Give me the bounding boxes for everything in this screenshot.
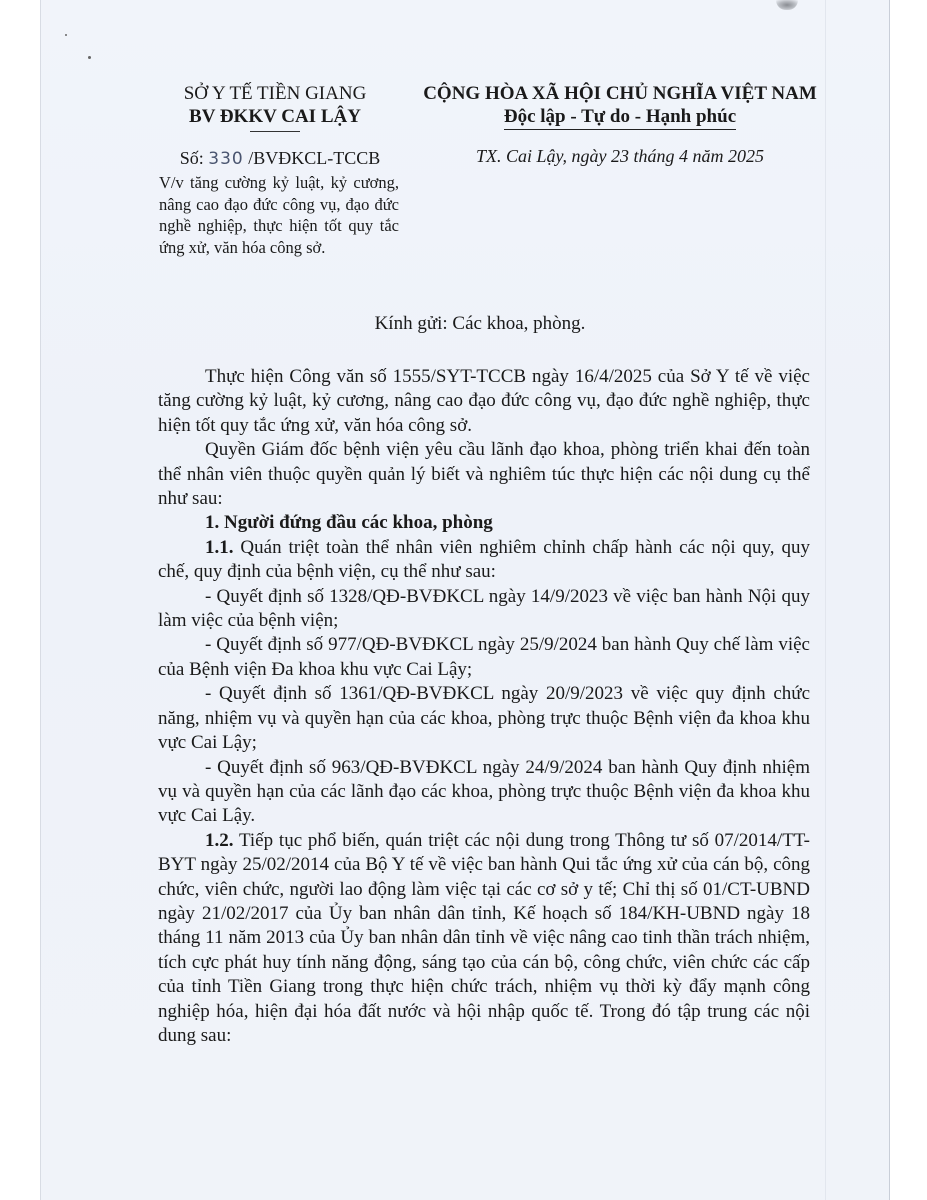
- decision-item: - Quyết định số 963/QĐ-BVĐKCL ngày 24/9/…: [158, 756, 810, 829]
- section-1-heading: 1. Người đứng đầu các khoa, phòng: [158, 511, 810, 535]
- document-number-prefix: Số:: [180, 148, 204, 168]
- item-1-1-label: 1.1.: [205, 537, 234, 558]
- scan-speck: [88, 56, 91, 59]
- document-number-handwritten: 330: [208, 149, 243, 169]
- recipient-line: Kính gửi: Các khoa, phòng.: [150, 312, 810, 336]
- item-1-2-label: 1.2.: [205, 830, 234, 851]
- item-1-1: 1.1. Quán triệt toàn thể nhân viên nghiê…: [158, 536, 810, 585]
- parent-organization: SỞ Y TẾ TIỀN GIANG: [150, 82, 400, 105]
- national-motto: Độc lập - Tự do - Hạnh phúc: [504, 105, 736, 130]
- place-and-date: TX. Cai Lậy, ngày 23 tháng 4 năm 2025: [400, 145, 840, 167]
- document-number: Số: 330 /BVĐKCL-TCCB: [160, 147, 400, 170]
- item-1-2: 1.2. Tiếp tục phổ biến, quán triệt các n…: [158, 829, 810, 1049]
- document-subject: V/v tăng cường kỷ luật, kỷ cương, nâng c…: [159, 172, 399, 258]
- scan-smudge: [776, 0, 798, 10]
- issuing-unit: BV ĐKKV CAI LẬY: [150, 105, 400, 128]
- header-underline: [250, 131, 300, 132]
- decision-item: - Quyết định số 1361/QĐ-BVĐKCL ngày 20/9…: [158, 682, 810, 755]
- national-title: CỘNG HÒA XÃ HỘI CHỦ NGHĨA VIỆT NAM: [400, 82, 840, 105]
- item-1-1-text: Quán triệt toàn thể nhân viên nghiêm chỉ…: [158, 537, 810, 582]
- intro-paragraph: Thực hiện Công văn số 1555/SYT-TCCB ngày…: [158, 365, 810, 438]
- issuing-authority-block: SỞ Y TẾ TIỀN GIANG BV ĐKKV CAI LẬY: [150, 82, 400, 132]
- scan-speck: [65, 34, 67, 36]
- request-paragraph: Quyền Giám đốc bệnh viện yêu cầu lãnh đạ…: [158, 438, 810, 511]
- scan-fold-line: [825, 0, 826, 1200]
- decision-item: - Quyết định số 977/QĐ-BVĐKCL ngày 25/9/…: [158, 633, 810, 682]
- national-header-block: CỘNG HÒA XÃ HỘI CHỦ NGHĨA VIỆT NAM Độc l…: [400, 82, 840, 130]
- document-number-suffix: /BVĐKCL-TCCB: [248, 148, 380, 168]
- section-1-heading-text: 1. Người đứng đầu các khoa, phòng: [205, 512, 493, 533]
- decision-item: - Quyết định số 1328/QĐ-BVĐKCL ngày 14/9…: [158, 585, 810, 634]
- item-1-2-text: Tiếp tục phổ biến, quán triệt các nội du…: [158, 830, 810, 1046]
- document-body: Thực hiện Công văn số 1555/SYT-TCCB ngày…: [158, 365, 810, 1048]
